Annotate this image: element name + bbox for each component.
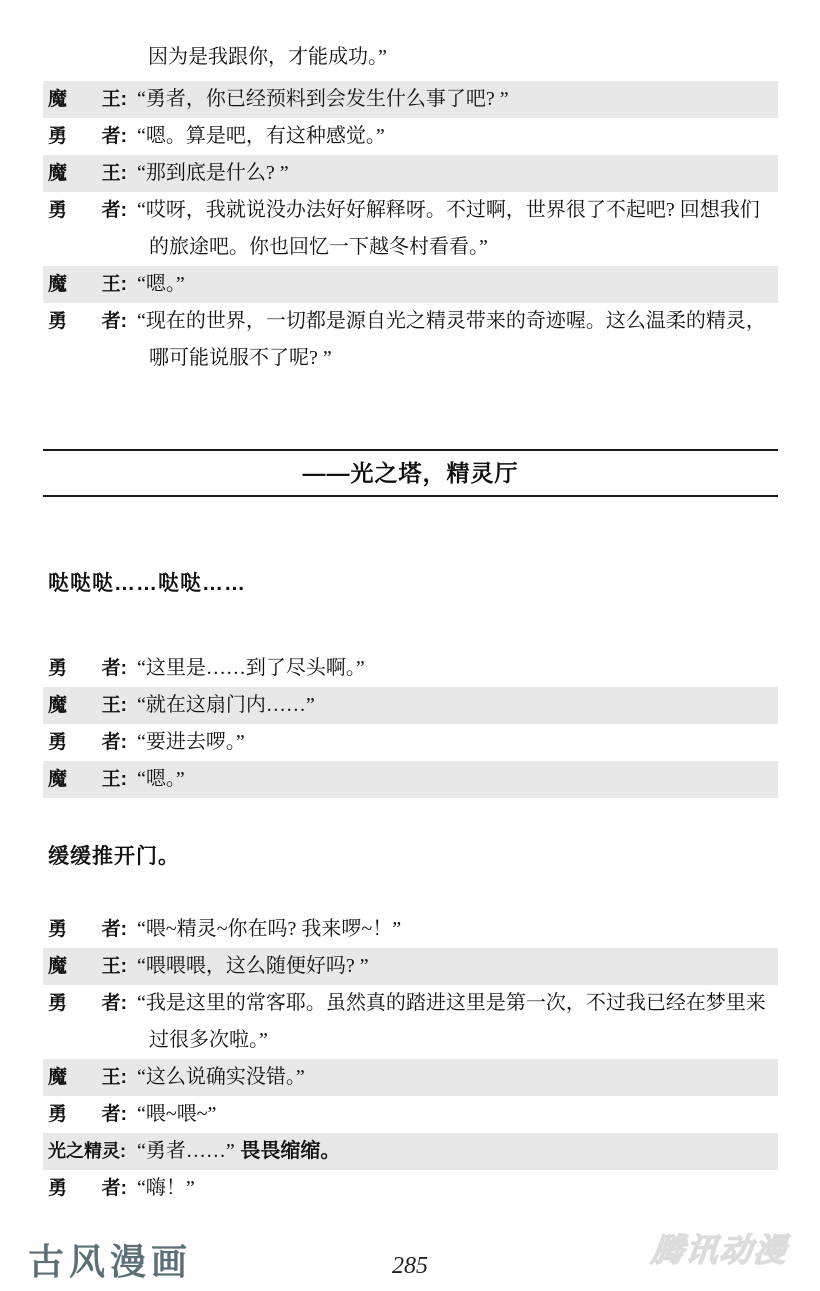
dialogue-text: “嗯。”: [137, 761, 778, 798]
narration-line: 缓缓推开门。: [43, 845, 778, 869]
dialogue-row: 魔王:“嗯。”: [43, 266, 778, 303]
dialogue-row: 勇者:“我是这里的常客耶。虽然真的踏进这里是第一次，不过我已经在梦里来过很多次啦…: [43, 985, 778, 1059]
scene-divider: ——光之塔，精灵厅: [43, 449, 778, 497]
script-page: 因为是我跟你，才能成功。” 魔王:“勇者，你已经预料到会发生什么事了吧? ”勇者…: [0, 0, 820, 1207]
sound-effect-line: 哒哒哒……哒哒……: [43, 572, 778, 596]
dialogue-text: “嗯。”: [137, 266, 778, 303]
dialogue-row: 勇者:“哎呀，我就说没办法好好解释呀。不过啊，世界很了不起吧? 回想我们的旅途吧…: [43, 192, 778, 266]
stage-direction: 畏畏缩缩。: [235, 1140, 341, 1162]
speaker-label: 勇者:: [48, 911, 127, 948]
speaker-label: 勇者:: [48, 118, 127, 155]
dialogue-row: 魔王:“这么说确实没错。”: [43, 1059, 778, 1096]
platform-logo-watermark: 腾讯动漫: [650, 1225, 791, 1271]
dialogue-text: “喂喂喂，这么随便好吗? ”: [137, 948, 778, 985]
speaker-label: 勇者:: [48, 303, 127, 377]
dialogue-section-1: 魔王:“勇者，你已经预料到会发生什么事了吧? ”勇者:“嗯。算是吧，有这种感觉。…: [43, 81, 778, 377]
dialogue-row: 勇者:“现在的世界，一切都是源自光之精灵带来的奇迹喔。这么温柔的精灵，哪可能说服…: [43, 303, 778, 377]
dialogue-row: 光之精灵:“勇者……” 畏畏缩缩。: [43, 1133, 778, 1170]
speaker-label: 勇者:: [48, 724, 127, 761]
dialogue-text: “哎呀，我就说没办法好好解释呀。不过啊，世界很了不起吧? 回想我们的旅途吧。你也…: [137, 192, 778, 266]
speaker-label: 魔王:: [48, 155, 127, 192]
dialogue-row: 勇者:“嗨！”: [43, 1170, 778, 1207]
scene-title: ——光之塔，精灵厅: [43, 458, 778, 488]
dialogue-text: “勇者，你已经预料到会发生什么事了吧? ”: [137, 81, 778, 118]
dialogue-text: “这里是……到了尽头啊。”: [137, 650, 778, 687]
dialogue-row: 魔王:“喂喂喂，这么随便好吗? ”: [43, 948, 778, 985]
dialogue-text: “这么说确实没错。”: [137, 1059, 778, 1096]
dialogue-text: “喂~喂~”: [137, 1096, 778, 1133]
speaker-label: 魔王:: [48, 1059, 127, 1096]
speaker-label: 勇者:: [48, 650, 127, 687]
dialogue-row: 勇者:“嗯。算是吧，有这种感觉。”: [43, 118, 778, 155]
dialogue-continuation-line: 因为是我跟你，才能成功。”: [43, 34, 778, 81]
dialogue-row: 魔王:“就在这扇门内……”: [43, 687, 778, 724]
dialogue-section-2: 勇者:“这里是……到了尽头啊。”魔王:“就在这扇门内……”勇者:“要进去啰。”魔…: [43, 650, 778, 798]
speaker-label: 魔王:: [48, 948, 127, 985]
dialogue-row: 勇者:“喂~精灵~你在吗? 我来啰~！”: [43, 911, 778, 948]
speaker-label: 光之精灵:: [48, 1133, 127, 1170]
speaker-label: 魔王:: [48, 687, 127, 724]
dialogue-text: “我是这里的常客耶。虽然真的踏进这里是第一次，不过我已经在梦里来过很多次啦。”: [137, 985, 778, 1059]
speaker-label: 勇者:: [48, 192, 127, 266]
dialogue-row: 魔王:“勇者，你已经预料到会发生什么事了吧? ”: [43, 81, 778, 118]
dialogue-row: 魔王:“嗯。”: [43, 761, 778, 798]
dialogue-row: 勇者:“喂~喂~”: [43, 1096, 778, 1133]
speaker-label: 勇者:: [48, 1096, 127, 1133]
speaker-label: 勇者:: [48, 1170, 127, 1207]
speaker-label: 魔王:: [48, 81, 127, 118]
dialogue-text: “那到底是什么? ”: [137, 155, 778, 192]
dialogue-row: 勇者:“要进去啰。”: [43, 724, 778, 761]
dialogue-text: “现在的世界，一切都是源自光之精灵带来的奇迹喔。这么温柔的精灵，哪可能说服不了呢…: [137, 303, 778, 377]
dialogue-text: “勇者……” 畏畏缩缩。: [137, 1133, 778, 1170]
dialogue-text: “嗨！”: [137, 1170, 778, 1207]
dialogue-section-3: 勇者:“喂~精灵~你在吗? 我来啰~！”魔王:“喂喂喂，这么随便好吗? ”勇者:…: [43, 911, 778, 1207]
dialogue-text: “就在这扇门内……”: [137, 687, 778, 724]
dialogue-text: “要进去啰。”: [137, 724, 778, 761]
dialogue-row: 勇者:“这里是……到了尽头啊。”: [43, 650, 778, 687]
dialogue-text: “嗯。算是吧，有这种感觉。”: [137, 118, 778, 155]
speaker-label: 魔王:: [48, 266, 127, 303]
speaker-label: 魔王:: [48, 761, 127, 798]
speaker-label: 勇者:: [48, 985, 127, 1059]
dialogue-text: “喂~精灵~你在吗? 我来啰~！”: [137, 911, 778, 948]
dialogue-row: 魔王:“那到底是什么? ”: [43, 155, 778, 192]
